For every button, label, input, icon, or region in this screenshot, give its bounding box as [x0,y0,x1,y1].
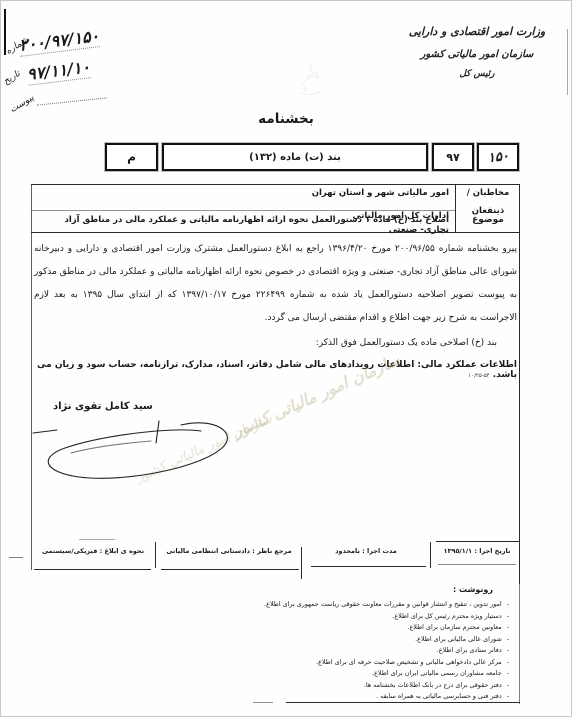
meta-dash [79,539,115,540]
meta-line [161,569,299,570]
stamp-attachment-dots [37,97,107,105]
letterhead-organization: سازمان امور مالیاتی کشور [389,49,565,60]
scanned-circular-document: شماره ۲۰۰/۹۷/۱۵۰ تاریخ ۹۷/۱۱/۱۰ پیوست وز… [0,0,572,717]
cc-item: معاونین محترم سازمان برای اطلاع. [59,622,509,634]
addressee-value-1: امور مالیاتی شهر و استان تهران [312,188,449,198]
class-year-value: ۹۷ [446,151,459,164]
meta-execution-date: تاریخ اجرا : ۱۳۹۵/۱/۱ [436,547,518,555]
table-left-border [31,184,32,570]
scan-edge-mark [567,29,568,95]
meta-line [436,541,520,542]
cc-item: جامعه مشاوران رسمی مالیاتی ایران برای اط… [59,668,509,680]
class-reference-value: بند (ت) ماده (۱۳۲) [249,152,341,163]
class-box-type: م [105,143,158,171]
class-serial-value: ۱۵۰ [487,148,509,165]
cc-item: دستیار ویژه محترم رئیس کل برای اطلاع. [59,611,509,623]
meta-dash [9,557,23,558]
class-box-serial: ۱۵۰ [477,143,519,171]
cc-item: دفتر فنی و حسابرسی مالیاتی به همراه سابق… [59,691,509,703]
meta-line [311,566,426,567]
cc-label: رونوشت : [453,585,519,594]
table-right-border-lower [519,584,520,704]
cc-item: دفتر حقوقی برای درج در بانک اطلاعات بخشن… [59,680,509,692]
handwritten-signature-icon [31,409,241,504]
meta-line [438,564,516,565]
bottom-rule-dash [253,702,273,703]
letterhead-ministry: وزارت امور اقتصادی و دارایی [389,25,565,38]
table-right-border [519,184,520,584]
document-title: بخشنامه [1,111,571,127]
cc-item: شورای عالی مالیاتی برای اطلاع. [59,634,509,646]
meta-delivery-method: نحوه ی ابلاغ : فیزیکی/سیستمی [34,547,152,555]
meta-supervising-authority: مرجع ناظر : دادستانی انتظامی مالیاتی [159,547,299,555]
subject-value: اصلاح بند (خ) ماده ۱ دستورالعمل نحوه ارا… [54,215,449,235]
bottom-rule [286,702,520,703]
subject-label: موضوع [463,215,513,225]
clause-intro: بند (خ) اصلاحی ماده یک دستورالعمل فوق ال… [316,338,497,348]
meta-divider [155,542,156,568]
cc-item: دفاتر ستادی برای اطلاع. [59,645,509,657]
table-top-border [31,184,520,185]
letterhead-role: رئیس کل [389,69,565,79]
clause-archive-ref: ۵۴-۱۰/۲۵ [468,373,490,379]
addressees-label-line1: مخاطبان / [459,188,517,198]
faint-emblem-icon [281,49,339,107]
cc-item: مرکز عالی دادخواهی مالیاتی و تشخیص صلاحی… [59,657,509,669]
stamp-number-value: ۲۰۰/۹۷/۱۵۰ [18,26,100,57]
meta-divider [430,542,431,568]
body-paragraph: پیرو بخشنامه شماره ۲۰۰/۹۶/۵۵ مورخ ۱۳۹۶/۴… [34,238,517,330]
stamp-date-label: تاریخ [2,69,22,87]
meta-divider [301,547,302,579]
meta-duration: مدت اجرا : نامحدود [306,547,426,555]
stamp-date-value: ۹۷/۱۱/۱۰ [26,57,91,86]
class-box-year: ۹۷ [432,143,474,171]
class-box-reference: بند (ت) ماده (۱۳۲) [162,143,428,171]
class-type-value: م [127,150,136,164]
cc-item: امور تدوین ، تنقیح و انتشار قوانین و مقر… [59,599,509,611]
cc-list: امور تدوین ، تنقیح و انتشار قوانین و مقر… [59,599,509,703]
clause-text: اطلاعات عملکرد مالی: اطلاعات رویدادهای م… [34,360,517,380]
clause-text-main: اطلاعات عملکرد مالی: اطلاعات رویدادهای م… [37,360,517,380]
letterhead: وزارت امور اقتصادی و دارایی سازمان امور … [389,25,565,79]
meta-line [34,569,151,570]
label-column-divider [455,184,456,232]
